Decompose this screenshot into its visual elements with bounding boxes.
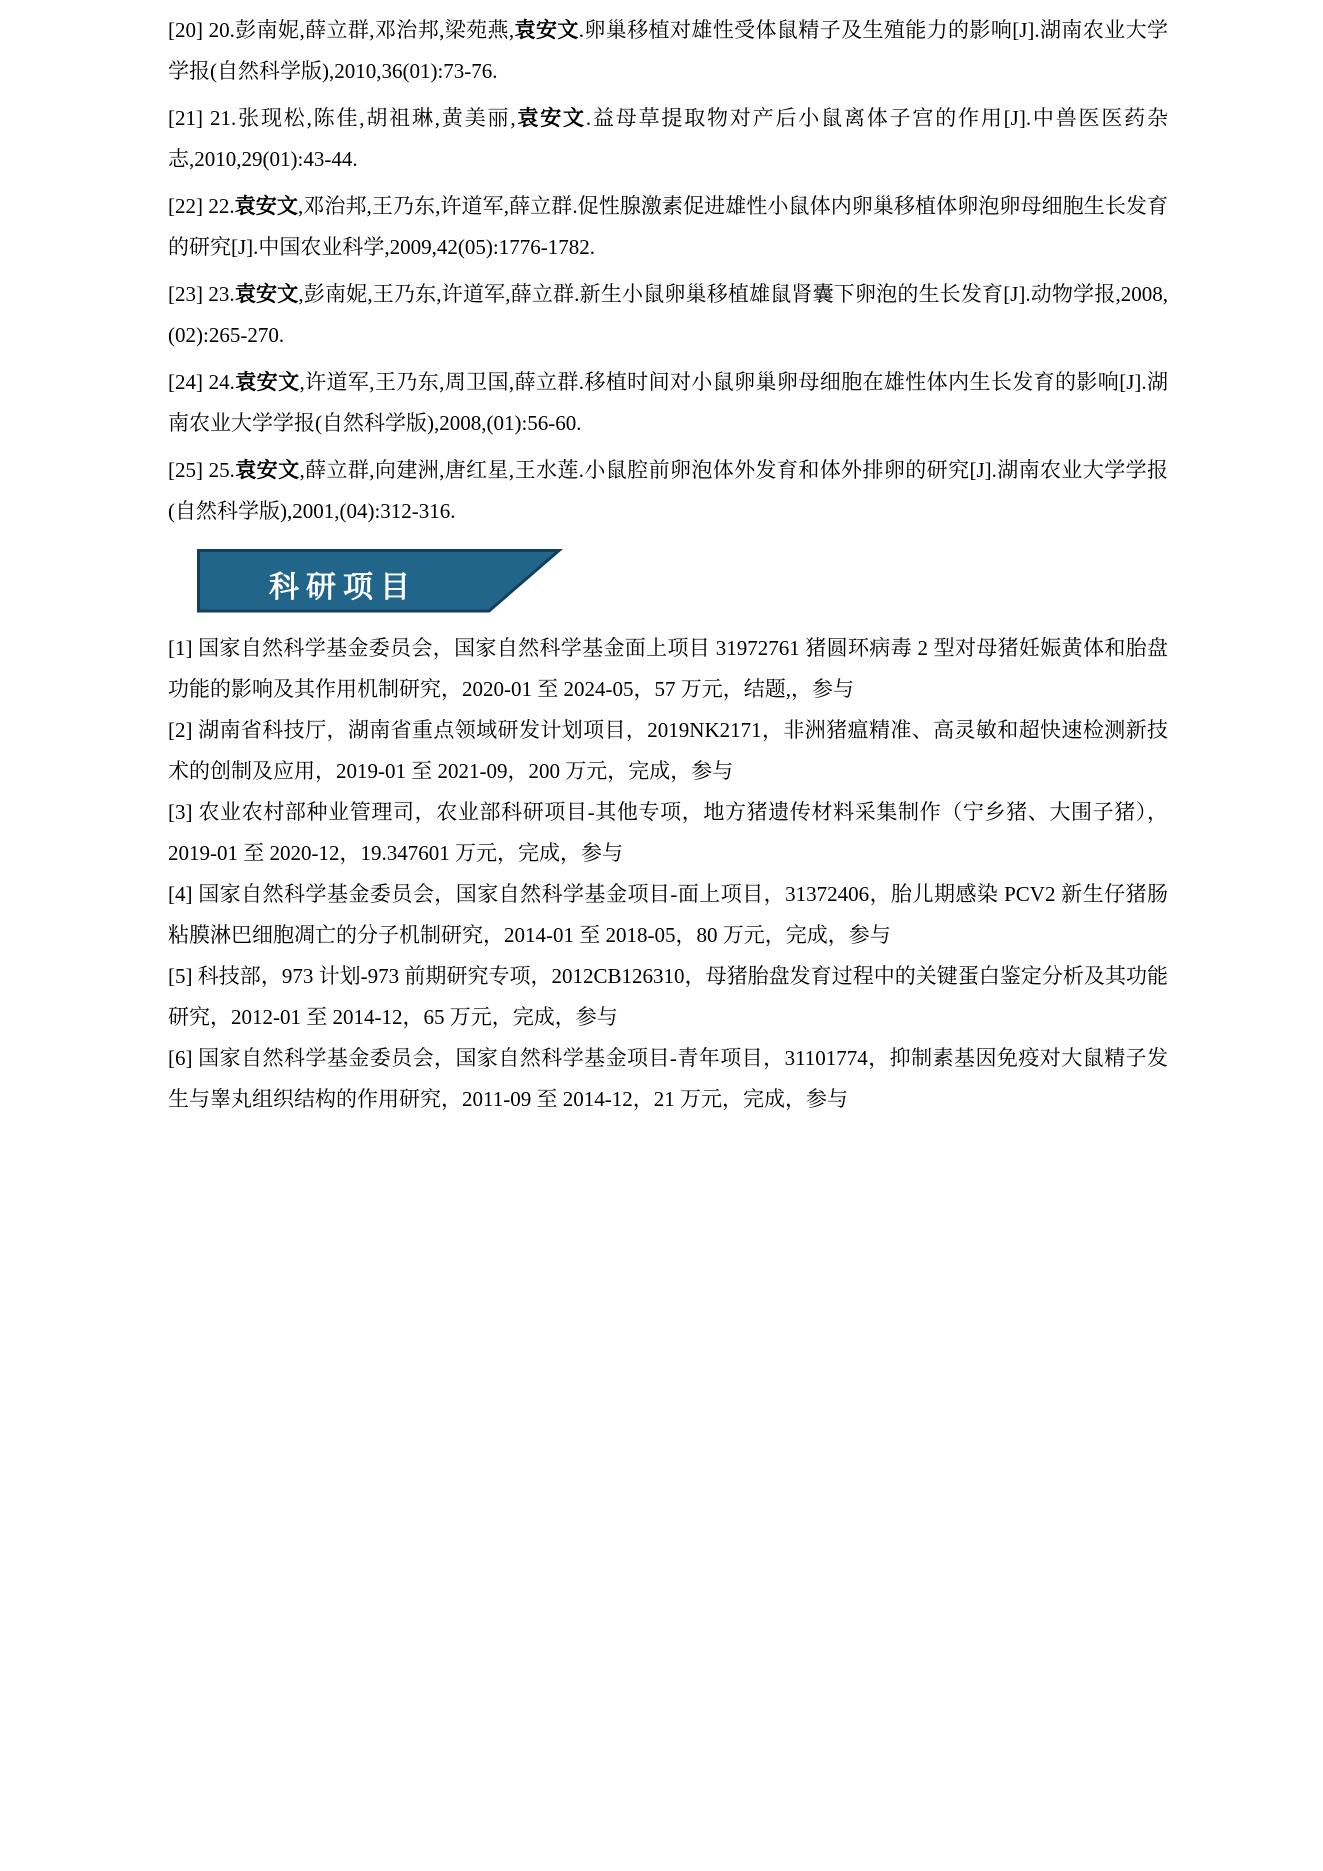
project-list: [1] 国家自然科学基金委员会，国家自然科学基金面上项目 31972761 猪圆… (168, 628, 1168, 1120)
publication-item: [25] 25.袁安文,薛立群,向建洲,唐红星,王水莲.小鼠腔前卵泡体外发育和体… (168, 450, 1168, 531)
author-highlight: 袁安文 (235, 370, 300, 394)
publication-text: ,薛立群,向建洲,唐红星,王水莲.小鼠腔前卵泡体外发育和体外排卵的研究[J].湖… (168, 458, 1168, 523)
author-highlight: 袁安文 (235, 282, 299, 306)
section-title: 科研项目 (269, 562, 417, 606)
project-item: [6] 国家自然科学基金委员会，国家自然科学基金项目-青年项目，31101774… (168, 1038, 1168, 1120)
publication-text: [22] 22. (168, 194, 235, 218)
publication-item: [21] 21.张现松,陈佳,胡祖琳,黄美丽,袁安文.益母草提取物对产后小鼠离体… (168, 98, 1168, 179)
publication-text: [20] 20.彭南妮,薛立群,邓治邦,梁苑燕, (168, 18, 514, 42)
project-item: [5] 科技部，973 计划-973 前期研究专项，2012CB126310，母… (168, 956, 1168, 1038)
publication-text: [23] 23. (168, 282, 235, 306)
publication-text: [25] 25. (168, 458, 235, 482)
author-highlight: 袁安文 (235, 194, 298, 218)
publication-item: [22] 22.袁安文,邓治邦,王乃东,许道军,薛立群.促性腺激素促进雄性小鼠体… (168, 186, 1168, 267)
author-highlight: 袁安文 (516, 106, 586, 130)
project-item: [3] 农业农村部种业管理司，农业部科研项目-其他专项，地方猪遗传材料采集制作（… (168, 792, 1168, 874)
publication-item: [23] 23.袁安文,彭南妮,王乃东,许道军,薛立群.新生小鼠卵巢移植雄鼠肾囊… (168, 274, 1168, 355)
section-banner: 科研项目 (197, 549, 565, 613)
publication-text: [21] 21.张现松,陈佳,胡祖琳,黄美丽, (168, 106, 516, 130)
publication-text: ,邓治邦,王乃东,许道军,薛立群.促性腺激素促进雄性小鼠体内卵巢移植体卵泡卵母细… (168, 194, 1168, 259)
project-item: [4] 国家自然科学基金委员会，国家自然科学基金项目-面上项目，31372406… (168, 874, 1168, 956)
publication-text: [24] 24. (168, 370, 235, 394)
publication-text: ,彭南妮,王乃东,许道军,薛立群.新生小鼠卵巢移植雄鼠肾囊下卵泡的生长发育[J]… (168, 282, 1168, 347)
project-item: [1] 国家自然科学基金委员会，国家自然科学基金面上项目 31972761 猪圆… (168, 628, 1168, 710)
publication-text: ,许道军,王乃东,周卫国,薛立群.移植时间对小鼠卵巢卵母细胞在雄性体内生长发育的… (168, 370, 1168, 435)
publication-item: [24] 24.袁安文,许道军,王乃东,周卫国,薛立群.移植时间对小鼠卵巢卵母细… (168, 362, 1168, 443)
author-highlight: 袁安文 (514, 18, 579, 42)
publication-item: [20] 20.彭南妮,薛立群,邓治邦,梁苑燕,袁安文.卵巢移植对雄性受体鼠精子… (168, 10, 1168, 91)
publication-list: [20] 20.彭南妮,薛立群,邓治邦,梁苑燕,袁安文.卵巢移植对雄性受体鼠精子… (168, 10, 1168, 538)
author-highlight: 袁安文 (235, 458, 300, 482)
document-page: [20] 20.彭南妮,薛立群,邓治邦,梁苑燕,袁安文.卵巢移植对雄性受体鼠精子… (0, 0, 1323, 1871)
project-item: [2] 湖南省科技厅，湖南省重点领域研发计划项目，2019NK2171，非洲猪瘟… (168, 710, 1168, 792)
